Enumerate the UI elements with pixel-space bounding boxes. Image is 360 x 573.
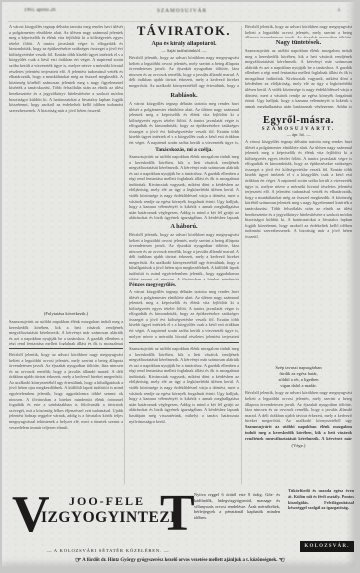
header-page-number: 3. xyxy=(311,8,341,13)
headline-penzes: Pénzes megyegyűlés. xyxy=(129,282,239,288)
feuilleton-rule xyxy=(129,342,239,343)
section-title-taviratok: TÁVIRATOK. xyxy=(129,24,239,39)
bold-text-block: Szamosujvártt az utóbbi napokban élénk m… xyxy=(245,424,352,440)
newspaper-page: 1903. április 28. SZAMOSUJVÁR 3. A város… xyxy=(2,2,355,567)
feature-text-block: A városi közgyűlés tegnap délután tartot… xyxy=(245,139,352,365)
body-text-block: Bécsből jelentik, hogy az udvari körökbe… xyxy=(129,55,239,89)
body-text-block: Bécsből jelentik, hogy az udvari körökbe… xyxy=(245,390,352,424)
taviratok-dateline: — Saját tudósítónktól. — xyxy=(129,48,239,53)
column-divider-right xyxy=(241,26,242,484)
body-text-block: Szamosujvártt az utóbbi napokban élénk m… xyxy=(9,319,123,345)
headline-rablasok: Rablások. xyxy=(129,92,239,99)
feuilleton-rule xyxy=(9,348,123,349)
body-text-block: Bécsből jelentik, hogy az udvari körökbe… xyxy=(245,24,352,38)
ad-copy-right: Tükörfürdő és uszoda egész éven át. Külö… xyxy=(288,488,354,540)
feature-dateline: — ápr. hó. — xyxy=(245,132,352,137)
ad-title-main: IZGYOGYINTEZE xyxy=(41,509,163,527)
closing-note: (Vége.) xyxy=(245,443,352,448)
column-middle: TÁVIRATOK. Apa és király állapotáról. — … xyxy=(129,24,239,486)
header-rule xyxy=(8,21,349,22)
feuilleton-text-block: Bécsből jelentik, hogy az udvari körökbe… xyxy=(9,352,123,484)
column-divider-left xyxy=(124,26,125,484)
column-left: A városi közgyűlés tegnap délután tartot… xyxy=(9,24,123,486)
header-paper-name: SZAMOSUJVÁR xyxy=(132,8,232,14)
body-text-block: A városi közgyűlés tegnap délután tartot… xyxy=(9,24,123,308)
verse-line: vigan dalol a madár. xyxy=(245,383,352,389)
body-text-block: A városi közgyűlés tegnap délután tartot… xyxy=(129,289,239,339)
feuilleton-text-block: Szamosujvártt az utóbbi napokban élénk m… xyxy=(129,346,239,476)
ad-location-line: — A KOLOZSVÁRI SÉTATÉR KÖZELÉBEN. — xyxy=(28,548,188,553)
body-text-block: Szamosujvártt az utóbbi napokban élénk m… xyxy=(129,154,239,220)
ad-city-badge: KOLOZSVÁR. xyxy=(300,541,354,552)
headline-tuntetesek: Nagy tüntetések. xyxy=(245,39,352,46)
ad-copy-left: Nyitva reggel 6 órától este 8 óráig. Gőz… xyxy=(194,492,280,544)
column-right: Bécsből jelentik, hogy az udvari körökbe… xyxy=(245,24,352,486)
ad-bottom-text: A fürdőt dr. Hintz György gyógyszerész k… xyxy=(82,558,277,563)
headline-haboru: A háború. xyxy=(129,223,239,230)
advertisement-vizgyogyintezet: V JOO-FELE IZGYOGYINTEZE T Nyitva reggel… xyxy=(8,486,351,565)
continuation-note: (Folytatása következik.) xyxy=(9,311,123,316)
taviratok-subhead: Apa és király állapotáról. xyxy=(129,41,239,47)
feature-title-egyrol-masra: Egyről-másra. xyxy=(245,115,352,126)
verse-block: Szép tavaszi napsugárban fürdik az egész… xyxy=(245,365,352,388)
pointing-hand-left-icon: ☜ xyxy=(279,556,285,564)
headline-tanacskozas: Tanácskozás, mi a czélja. xyxy=(129,147,239,153)
body-text-block: Szamosujvártt az utóbbi napokban élénk m… xyxy=(245,48,352,108)
body-text-block: Bécsből jelentik, hogy az udvari körökbe… xyxy=(129,232,239,280)
body-text-block: A városi közgyűlés tegnap délután tartot… xyxy=(129,101,239,145)
ad-bottom-line: ☞ A fürdőt dr. Hintz György gyógyszerész… xyxy=(30,556,330,564)
pointing-hand-right-icon: ☞ xyxy=(75,556,81,564)
ad-dropcap-t: T xyxy=(160,490,195,538)
ad-title-top: JOO-FELE xyxy=(56,494,158,509)
header-date: 1903. április 28. xyxy=(24,8,114,13)
page-header: 1903. április 28. SZAMOSUJVÁR 3. xyxy=(2,8,355,20)
